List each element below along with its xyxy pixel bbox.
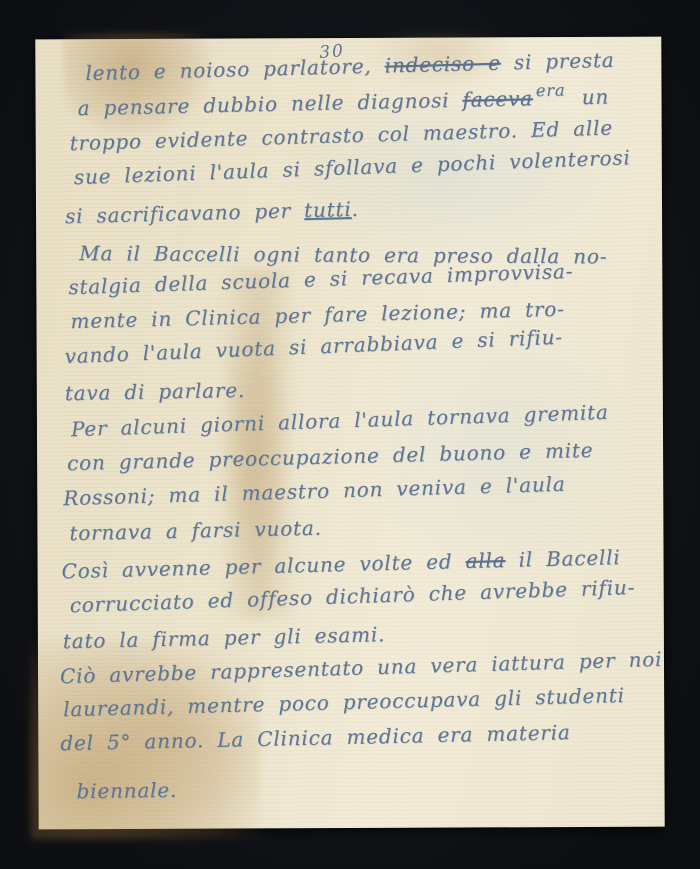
handwriting-text: corrucciato ed offeso dichiarò che avreb… [69, 575, 635, 617]
underlined-word: tutti [304, 197, 352, 222]
handwriting-line: tava di parlare. [65, 378, 246, 405]
stain-top-left [63, 33, 213, 139]
handwriting-text: si presta [500, 48, 614, 75]
inserted-word-above: era [535, 81, 565, 101]
handwriting-line: a pensare dubbio nelle diagnosi facevaer… [77, 85, 609, 121]
handwriting-text: tornava a farsi vuota. [69, 516, 322, 545]
handwriting-text: con grande preoccupazione del buono e mi… [67, 438, 594, 475]
handwriting-text: Rossoni; ma il maestro non veniva e l'au… [63, 472, 566, 510]
handwriting-line: Per alcuni giorni allora l'aula tornava … [71, 400, 609, 441]
handwriting-text: a pensare dubbio nelle diagnosi [77, 88, 462, 120]
handwriting-line: Ciò avrebbe rappresentato una vera iattu… [60, 647, 663, 688]
handwriting-line: tornava a farsi vuota. [69, 516, 322, 545]
handwriting-text: un [568, 85, 609, 110]
handwriting-line: del 5° anno. La Clinica medica era mater… [60, 720, 571, 755]
handwriting-text: Così avvenne per alcune volte ed [61, 549, 466, 583]
handwriting-text: biennale. [76, 778, 177, 803]
struck-out-word: indeciso e [384, 51, 501, 78]
handwriting-line: Rossoni; ma il maestro non veniva e l'au… [63, 472, 566, 510]
manuscript-lines: lento e noioso parlatore, indeciso e si … [35, 37, 661, 40]
handwriting-line: lento e noioso parlatore, indeciso e si … [85, 48, 615, 85]
handwriting-text: Ciò avrebbe rappresentato una vera iattu… [60, 647, 663, 688]
photo-background: 30 lento e noioso parlatore, indeciso e … [0, 0, 700, 869]
handwriting-text: il Bacelli [505, 545, 621, 572]
struck-out-word: faceva [462, 86, 533, 112]
handwriting-line: corrucciato ed offeso dichiarò che avreb… [69, 575, 635, 617]
handwriting-text: tato la firma per gli esami. [63, 622, 386, 653]
handwriting-line: con grande preoccupazione del buono e mi… [67, 438, 594, 475]
handwriting-text: si sacrificavano per [65, 198, 305, 228]
struck-out-word: alla [465, 548, 505, 573]
handwriting-text: lento e noioso parlatore, [85, 54, 385, 86]
handwriting-text: . [351, 197, 359, 221]
manuscript-page: 30 lento e noioso parlatore, indeciso e … [35, 37, 664, 830]
handwriting-line: tato la firma per gli esami. [63, 622, 386, 653]
handwriting-text: laureandi, mentre poco preoccupava gli s… [63, 683, 625, 721]
handwriting-line: biennale. [76, 778, 177, 803]
handwriting-line: laureandi, mentre poco preoccupava gli s… [63, 683, 625, 721]
handwriting-text: del 5° anno. La Clinica medica era mater… [60, 720, 571, 755]
handwriting-line: si sacrificavano per tutti. [65, 197, 359, 228]
handwriting-text: Per alcuni giorni allora l'aula tornava … [71, 400, 609, 441]
handwriting-text: tava di parlare. [65, 378, 246, 405]
